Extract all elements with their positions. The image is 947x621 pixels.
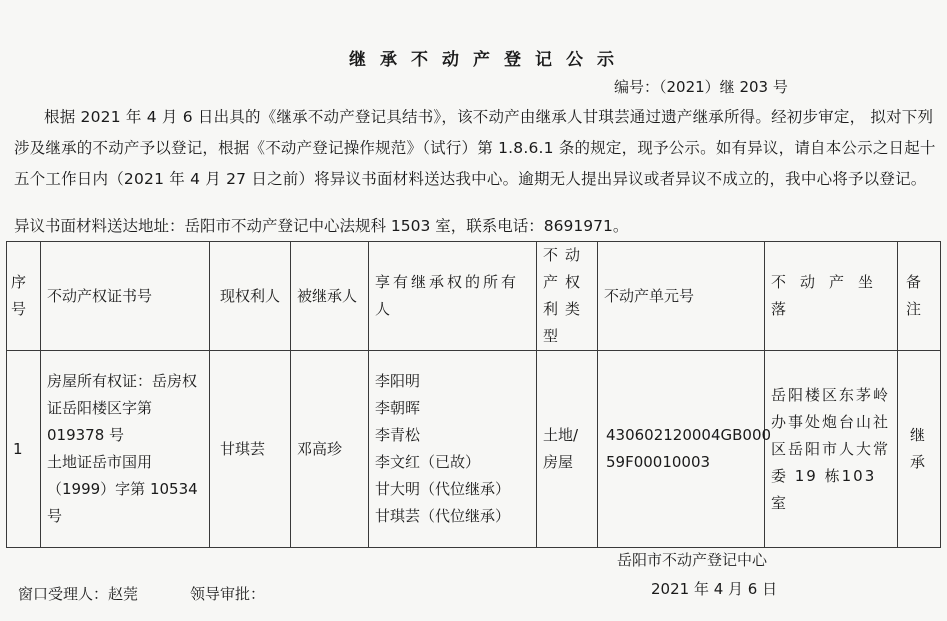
header-unit-number: 不动产单元号: [598, 242, 765, 351]
issuing-organization: 岳阳市不动产登记中心: [617, 549, 767, 570]
cell-index: 1: [7, 351, 41, 548]
header-heirs: 享有继承权的所有人: [369, 242, 537, 351]
issue-date: 2021 年 4 月 6 日: [651, 578, 777, 599]
signature-line: 窗口受理人：赵莞领导审批：: [18, 583, 265, 604]
cell-certificate: 房屋所有权证：岳房权证岳阳楼区字第019378 号 土地证岳市国用（1999）字…: [41, 351, 210, 548]
document-number: 编号：（2021）继 203 号: [614, 76, 788, 97]
header-certificate: 不动产权证书号: [41, 242, 210, 351]
header-deceased: 被继承人: [291, 242, 369, 351]
cell-remark: 继 承: [898, 351, 941, 548]
cell-heirs: 李阳明 李朝晖 李青松 李文红（已故） 甘大明（代位继承） 甘琪芸（代位继承）: [369, 351, 537, 548]
header-right-type: 不动产权利类型: [537, 242, 598, 351]
header-remark: 备注: [898, 242, 941, 351]
cell-deceased: 邓高珍: [291, 351, 369, 548]
header-index: 序号: [7, 242, 41, 351]
window-clerk-name: 赵莞: [108, 583, 138, 604]
header-current-owner: 现权利人: [210, 242, 291, 351]
cell-current-owner: 甘琪芸: [210, 351, 291, 548]
document-title: 继承不动产登记公示: [0, 45, 947, 70]
announcement-paragraph: 根据 2021 年 4 月 6 日出具的《继承不动产登记具结书》，该不动产由继承…: [14, 102, 939, 195]
table-row: 1 房屋所有权证：岳房权证岳阳楼区字第019378 号 土地证岳市国用（1999…: [7, 351, 941, 548]
cell-location: 岳阳楼区东茅岭办事处炮台山社区岳阳市人大常委 19 栋103 室: [765, 351, 898, 548]
registration-table: 序号 不动产权证书号 现权利人 被继承人 享有继承权的所有人 不动产权利类型 不…: [6, 241, 941, 548]
header-location: 不动产坐落: [765, 242, 898, 351]
objection-address: 异议书面材料送达地址：岳阳市不动产登记中心法规科 1503 室，联系电话：869…: [14, 214, 628, 236]
table-header-row: 序号 不动产权证书号 现权利人 被继承人 享有继承权的所有人 不动产权利类型 不…: [7, 242, 941, 351]
cell-unit-number: 430602120004GB000 59F00010003: [598, 351, 765, 548]
window-clerk-label: 窗口受理人：: [18, 583, 108, 604]
cell-right-type: 土地/ 房屋: [537, 351, 598, 548]
leader-approval-label: 领导审批：: [190, 583, 265, 604]
